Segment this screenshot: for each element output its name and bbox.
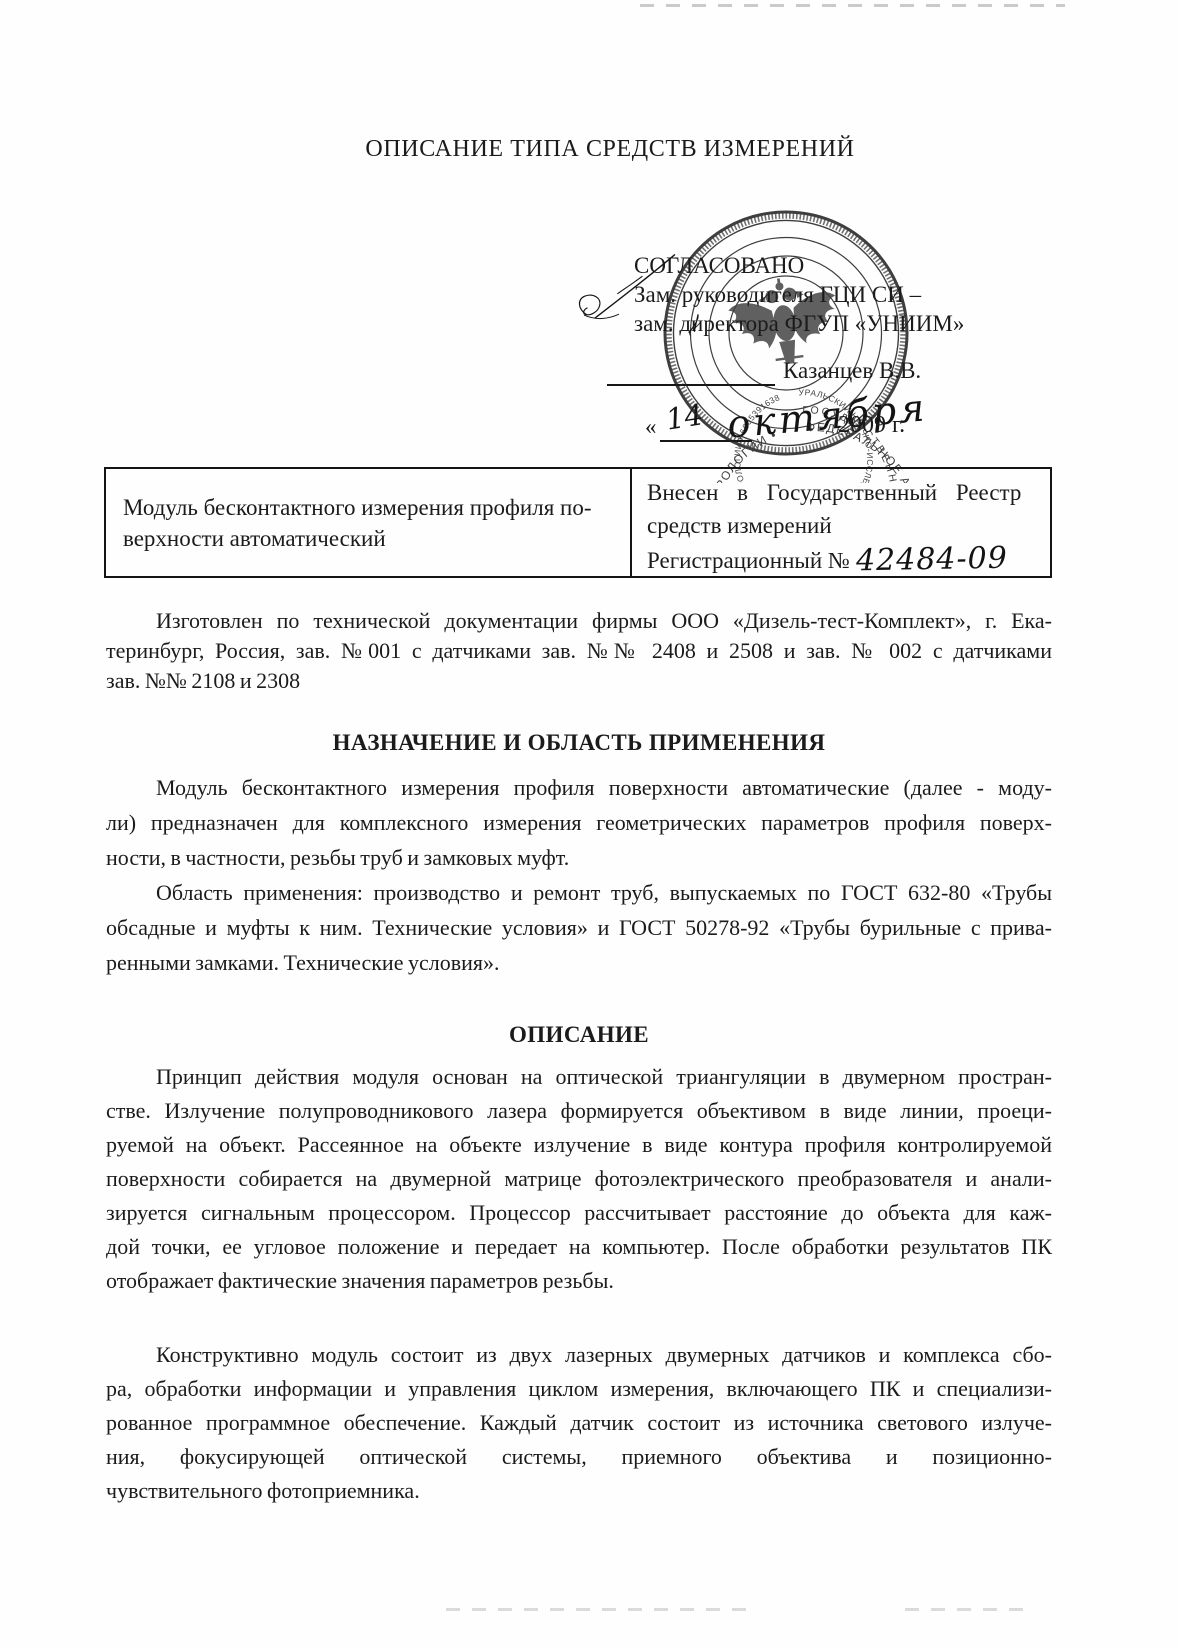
text-line: зав. №№ 2108 и 2308 xyxy=(106,666,1052,696)
manufactured-paragraph: Изготовлен по технической документации ф… xyxy=(106,606,1052,696)
section-heading-description: ОПИСАНИЕ xyxy=(106,1022,1052,1048)
purpose-paragraph-1: Модуль бесконтактного измерения профиля … xyxy=(106,770,1052,875)
scan-artifact-bottom-right xyxy=(905,1608,1025,1611)
text-line: дой точки, ее угловое положение и переда… xyxy=(106,1230,1052,1264)
description-paragraph-1: Принцип действия модуля основан на оптич… xyxy=(106,1060,1052,1298)
scanned-document-page: ОПИСАНИЕ ТИПА СРЕДСТВ ИЗМЕРЕНИЙ СОГЛАСОВ… xyxy=(0,0,1178,1648)
text-line: ли) предназначен для комплексного измере… xyxy=(106,805,1052,840)
text-line: ра, обработки информации и управления ци… xyxy=(106,1372,1052,1406)
text-line: руемой на объект. Рассеянное на объекте … xyxy=(106,1128,1052,1162)
table-cell-instrument-name: Модуль бесконтактного измерения профиля … xyxy=(106,469,632,576)
purpose-paragraph-2: Область применения: производство и ремон… xyxy=(106,875,1052,980)
text-line: обсадные и муфты к ним. Технические усло… xyxy=(106,910,1052,945)
text-line: Конструктивно модуль состоит из двух лаз… xyxy=(106,1338,1052,1372)
text-line: ренными замками. Технические условия». xyxy=(106,945,1052,980)
document-title: ОПИСАНИЕ ТИПА СРЕДСТВ ИЗМЕРЕНИЙ xyxy=(140,136,1080,163)
text-line: стве. Излучение полупроводникового лазер… xyxy=(106,1094,1052,1128)
text-line: отображает фактические значения параметр… xyxy=(106,1264,1052,1298)
registry-number-label: Регистрационный № xyxy=(647,548,850,573)
text-line: Модуль бесконтактного измерения профиля … xyxy=(106,770,1052,805)
registration-table: Модуль бесконтактного измерения профиля … xyxy=(104,467,1052,578)
text-line: Изготовлен по технической документации ф… xyxy=(106,606,1052,636)
text-line: верхности автоматический xyxy=(123,523,620,554)
section-heading-purpose: НАЗНАЧЕНИЕ И ОБЛАСТЬ ПРИМЕНЕНИЯ xyxy=(106,730,1052,756)
text-line: ния, фокусирующей оптической системы, пр… xyxy=(106,1440,1052,1474)
table-cell-registry-entry: Внесен в Государственный Реестр средств … xyxy=(632,469,1050,576)
scan-artifact-bottom-left xyxy=(446,1608,746,1611)
description-paragraph-2: Конструктивно модуль состоит из двух лаз… xyxy=(106,1338,1052,1508)
handwritten-registration-number: 42484-09 xyxy=(855,542,1007,578)
text-line: Модуль бесконтактного измерения профиля … xyxy=(123,492,620,523)
text-line: ности, в частности, резьбы труб и замков… xyxy=(106,840,1052,875)
registry-line2: средств измерений xyxy=(647,509,1038,542)
text-line: теринбург, Россия, зав. №001 с датчиками… xyxy=(106,636,1052,666)
registry-line1: Внесен в Государственный Реестр xyxy=(647,476,1038,509)
text-line: рованное программное обеспечение. Каждый… xyxy=(106,1406,1052,1440)
signature xyxy=(560,230,1020,460)
registry-line3: Регистрационный № 42484-09 xyxy=(647,548,1007,573)
text-line: зируется сигнальным процессором. Процесс… xyxy=(106,1196,1052,1230)
text-line: Область применения: производство и ремон… xyxy=(106,875,1052,910)
text-line: поверхности собирается на двумерной матр… xyxy=(106,1162,1052,1196)
text-line: Принцип действия модуля основан на оптич… xyxy=(106,1060,1052,1094)
text-line: чувствительного фотоприемника. xyxy=(106,1474,1052,1508)
scan-artifact-top xyxy=(640,4,1065,7)
